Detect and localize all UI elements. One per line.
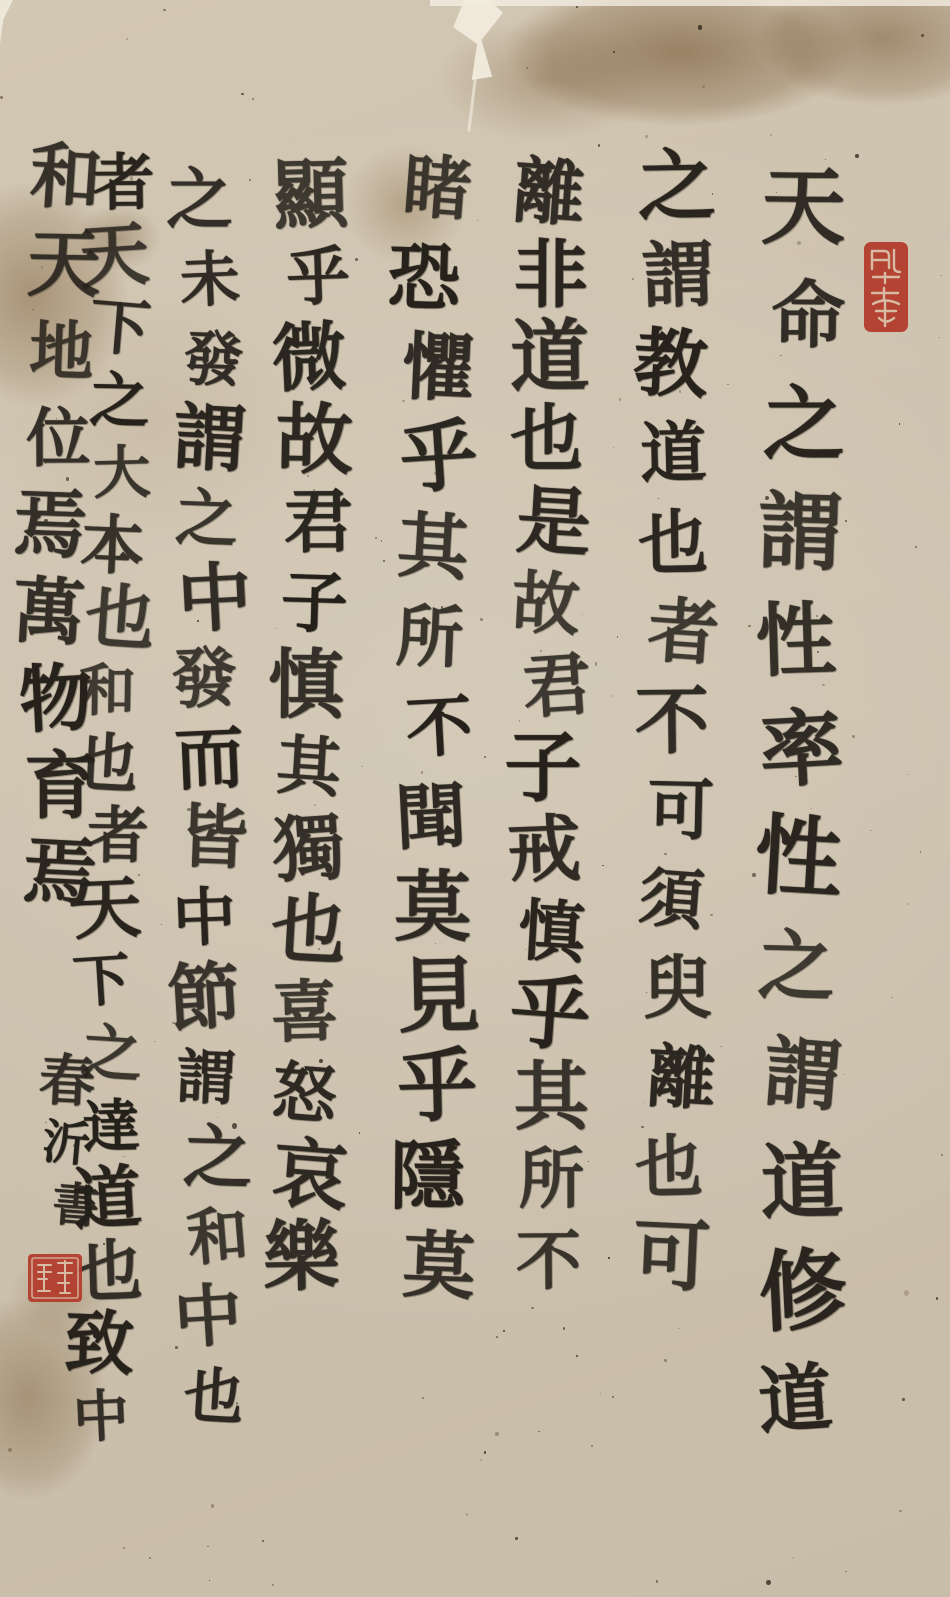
calligraphy-character: 中 — [172, 1282, 244, 1354]
calligraphy-character: 而 — [173, 723, 245, 795]
calligraphy-character: 非 — [514, 238, 588, 312]
calligraphy-character: 節 — [165, 960, 242, 1037]
calligraphy-character: 乎 — [398, 416, 480, 498]
calligraphy-character: 君 — [520, 649, 593, 722]
calligraphy-character: 中 — [172, 886, 237, 951]
calligraphy-character: 其 — [514, 1059, 589, 1134]
calligraphy-character: 乎 — [397, 1046, 478, 1127]
calligraphy-character: 書 — [51, 1181, 101, 1231]
calligraphy-character: 性 — [755, 600, 837, 682]
calligraphy-character: 之 — [182, 1123, 253, 1194]
calligraphy-character: 乎 — [285, 244, 350, 309]
calligraphy-character: 莫 — [394, 868, 471, 945]
lower-seal — [27, 1253, 83, 1303]
calligraphy-character: 物 — [17, 662, 94, 739]
calligraphy-character: 性 — [752, 812, 844, 904]
calligraphy-character: 離 — [645, 1041, 717, 1113]
calligraphy-character: 不 — [634, 683, 709, 758]
calligraphy-character: 沂 — [40, 1118, 91, 1169]
calligraphy-character: 慎 — [516, 897, 586, 967]
calligraphy-character: 須 — [636, 864, 706, 934]
text-column-5: 顯乎微故君子慎其獨也喜怒哀樂 — [255, 160, 367, 1293]
calligraphy-character: 皆 — [178, 803, 250, 874]
calligraphy-character: 命 — [771, 279, 845, 353]
calligraphy-character: 獨 — [271, 810, 347, 886]
calligraphy-character: 謂 — [175, 1047, 237, 1109]
calligraphy-character: 子 — [280, 569, 348, 637]
calligraphy-character: 謂 — [761, 1033, 845, 1117]
calligraphy-character: 不 — [404, 692, 474, 762]
calligraphy-character: 也 — [75, 1237, 143, 1305]
calligraphy-character: 喜 — [270, 977, 339, 1046]
calligraphy-character: 微 — [270, 320, 348, 398]
calligraphy-character: 者 — [646, 594, 721, 669]
calligraphy-character: 教 — [632, 325, 710, 403]
calligraphy-character: 和 — [28, 140, 104, 216]
upper-seal — [863, 241, 909, 333]
calligraphy-character: 子 — [504, 729, 581, 806]
calligraphy-character: 育 — [24, 750, 97, 823]
calligraphy-character: 睹 — [401, 151, 474, 224]
calligraphy-character: 君 — [283, 487, 353, 557]
calligraphy-character: 故 — [275, 401, 353, 479]
calligraphy-character: 見 — [397, 954, 481, 1038]
calligraphy-character: 中 — [176, 561, 254, 639]
calligraphy-character: 恐 — [387, 240, 462, 315]
calligraphy-character: 故 — [510, 568, 581, 639]
calligraphy-character: 發 — [183, 329, 245, 391]
calligraphy-character: 謂 — [171, 402, 248, 479]
calligraphy-character: 乎 — [507, 972, 592, 1057]
calligraphy-character: 懼 — [400, 329, 477, 406]
calligraphy-character: 樂 — [263, 1218, 340, 1295]
calligraphy-character: 和 — [185, 1205, 251, 1271]
calligraphy-character: 也 — [182, 1366, 245, 1429]
calligraphy-character: 之 — [757, 927, 836, 1006]
calligraphy-character: 臾 — [643, 954, 713, 1024]
text-column-8: 和天地位焉萬物育焉 — [3, 145, 110, 908]
calligraphy-character: 中 — [72, 1388, 130, 1446]
calligraphy-character: 率 — [758, 706, 846, 794]
text-column-4: 睹恐懼乎其所不聞莫見乎隱莫 — [378, 152, 486, 1302]
calligraphy-character: 顯 — [272, 156, 350, 234]
calligraphy-character: 也 — [510, 403, 583, 476]
calligraphy-character: 道 — [510, 317, 590, 397]
calligraphy-character: 下 — [71, 951, 132, 1012]
calligraphy-character: 離 — [511, 155, 587, 231]
calligraphy-character: 戒 — [506, 812, 582, 888]
calligraphy-text: 天命之謂性率性之謂道修道之謂教道也者不可須臾離也可離非道也是故君子戒慎乎其所不睹… — [0, 0, 950, 1597]
calligraphy-character: 不 — [516, 1228, 582, 1294]
calligraphy-character: 發 — [171, 645, 239, 713]
calligraphy-character: 聞 — [394, 780, 468, 854]
calligraphy-character: 所 — [519, 1146, 584, 1211]
calligraphy-character: 之 — [174, 487, 239, 552]
calligraphy-character: 地 — [28, 319, 94, 385]
calligraphy-character: 也 — [638, 507, 709, 578]
calligraphy-character: 其 — [275, 733, 343, 801]
calligraphy-character: 是 — [514, 482, 593, 561]
lower-seal-icon — [27, 1253, 83, 1303]
text-column-3: 離非道也是故君子戒慎乎其所不 — [492, 158, 606, 1297]
calligraphy-character: 焉 — [21, 836, 98, 913]
calligraphy-character: 修 — [757, 1245, 849, 1337]
text-column-6: 之未發謂之中發而皆中節謂之和中也 — [155, 168, 263, 1431]
calligraphy-character: 也 — [635, 1132, 704, 1201]
calligraphy-character: 未 — [179, 249, 241, 311]
calligraphy-character: 隱 — [390, 1138, 466, 1214]
calligraphy-character: 春 — [38, 1053, 96, 1111]
calligraphy-character: 焉 — [12, 488, 88, 564]
calligraphy-character: 慎 — [268, 647, 344, 723]
calligraphy-character: 致 — [63, 1308, 135, 1380]
calligraphy-character: 所 — [395, 602, 465, 672]
calligraphy-character: 之 — [763, 384, 845, 466]
calligraphy-character: 道 — [756, 1361, 835, 1440]
calligraphy-character: 道 — [760, 1141, 844, 1225]
calligraphy-character: 位 — [26, 407, 90, 471]
calligraphy-sheet: 天命之謂性率性之謂道修道之謂教道也者不可須臾離也可離非道也是故君子戒慎乎其所不睹… — [0, 0, 950, 1597]
calligraphy-character: 怒 — [270, 1059, 339, 1128]
upper-seal-icon — [863, 241, 909, 333]
calligraphy-character: 道 — [639, 420, 707, 488]
calligraphy-character: 天 — [761, 166, 846, 251]
calligraphy-character: 謂 — [641, 238, 715, 312]
calligraphy-character: 哀 — [269, 1135, 350, 1216]
calligraphy-character: 也 — [269, 891, 348, 970]
calligraphy-character: 莫 — [401, 1228, 477, 1304]
calligraphy-character: 謂 — [756, 489, 843, 576]
calligraphy-character: 可 — [631, 1216, 711, 1296]
calligraphy-character: 天 — [26, 228, 101, 303]
text-column-1: 天命之謂性率性之謂道修道 — [739, 168, 862, 1441]
text-column-2: 之謂教道也者不可須臾離也可 — [620, 150, 732, 1292]
calligraphy-character: 可 — [647, 776, 715, 844]
calligraphy-character: 萬 — [11, 575, 87, 651]
calligraphy-character: 其 — [395, 510, 470, 585]
calligraphy-character: 之 — [637, 146, 716, 225]
calligraphy-character: 之 — [166, 167, 232, 233]
signature-column: 春沂書 — [24, 1055, 115, 1233]
